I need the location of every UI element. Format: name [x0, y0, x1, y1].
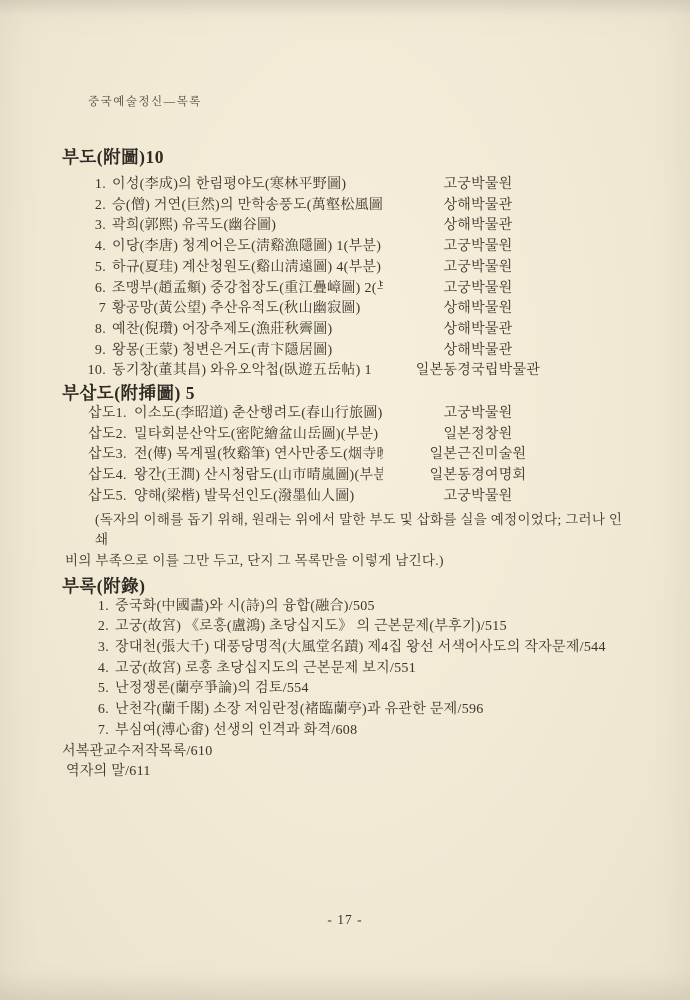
item-text: 이소도(李昭道) 춘산행려도(春山行旅圖): [134, 404, 383, 425]
item-number: 8.: [86, 320, 106, 341]
item-number: 6.: [95, 700, 109, 721]
item-text: 고궁(故宮) 《로홍(盧鴻) 초당십지도》 의 근본문제(부후기)/515: [115, 617, 628, 638]
budo-list: 1. 이성(李成)의 한림평야도(寒林平野圖) 고궁박물원 2. 승(僧) 거연…: [62, 175, 628, 382]
running-header: 중국예술정신—목록: [88, 93, 202, 109]
item-text: 난정쟁론(蘭亭爭論)의 검토/554: [115, 679, 628, 700]
item-text: 중국화(中國畵)와 시(詩)의 융합(融合)/505: [115, 597, 628, 618]
list-item: 삽도5. 양해(梁楷) 발묵선인도(潑墨仙人圖) 고궁박물원: [62, 487, 628, 508]
item-text: 조맹부(趙孟頫) 중강첩장도(重江疊嶂圖) 2(부분): [112, 279, 383, 300]
item-number: 4.: [86, 237, 106, 258]
item-text: 예찬(倪瓚) 어장추제도(漁莊秋霽圖): [112, 320, 383, 341]
item-number: 2.: [95, 617, 109, 638]
list-item: 1. 중국화(中國畵)와 시(詩)의 융합(融合)/505: [62, 597, 628, 618]
item-text: 전(傳) 목계필(牧谿筆) 연사만종도(烟寺晚鐘圖)(부분): [134, 445, 383, 466]
item-number: 5.: [95, 679, 109, 700]
list-item: 2. 고궁(故宮) 《로홍(盧鴻) 초당십지도》 의 근본문제(부후기)/515: [62, 617, 628, 638]
item-text: 부심여(溥心畬) 선생의 인격과 화격/608: [115, 721, 628, 742]
item-text: 양해(梁楷) 발묵선인도(潑墨仙人圖): [134, 487, 383, 508]
item-institution: 일본정창원: [383, 425, 573, 446]
item-number: 삽도3.: [88, 445, 134, 466]
item-number: 삽도5.: [88, 487, 134, 508]
list-item: 9. 왕몽(王蒙) 청변은거도(靑卞隱居圖) 상해박물관: [62, 341, 628, 362]
list-item: 1. 이성(李成)의 한림평야도(寒林平野圖) 고궁박물원: [62, 175, 628, 196]
list-item: 5. 난정쟁론(蘭亭爭論)의 검토/554: [62, 679, 628, 700]
item-number: 삽도4.: [88, 466, 134, 487]
item-text: 승(僧) 거연(巨然)의 만학송풍도(萬壑松風圖): [112, 196, 383, 217]
item-text: 고궁(故宮) 로홍 초당십지도의 근본문제 보지/551: [115, 659, 628, 680]
item-number: 4.: [95, 659, 109, 680]
item-institution: 상해박물관: [383, 320, 573, 341]
item-text: 황공망(黃公望) 추산유적도(秋山幽寂圖): [112, 299, 383, 320]
item-number: 9.: [86, 341, 106, 362]
list-item: 3. 곽희(郭熙) 유곡도(幽谷圖) 상해박물관: [62, 216, 628, 237]
item-institution: 고궁박물원: [383, 237, 573, 258]
list-item: 5. 하규(夏珪) 계산청원도(谿山淸遠圖) 4(부분) 고궁박물원: [62, 258, 628, 279]
list-item: 7 황공망(黃公望) 추산유적도(秋山幽寂圖) 상해박물원: [62, 299, 628, 320]
item-institution: 고궁박물원: [383, 279, 573, 300]
item-number: 3.: [95, 638, 109, 659]
item-text: 이성(李成)의 한림평야도(寒林平野圖): [112, 175, 383, 196]
item-institution: 고궁박물원: [383, 487, 573, 508]
item-text: 하규(夏珪) 계산청원도(谿山淸遠圖) 4(부분): [112, 258, 383, 279]
item-number: 1.: [95, 597, 109, 618]
item-institution: 상해박물관: [383, 196, 573, 217]
section-title-burok: 부록(附錄): [62, 575, 628, 597]
list-item: 6. 조맹부(趙孟頫) 중강첩장도(重江疊嶂圖) 2(부분) 고궁박물원: [62, 279, 628, 300]
translator-note-line: 역자의 말/611: [62, 762, 628, 783]
item-institution: 일본근진미술원: [383, 445, 573, 466]
item-text: 왕몽(王蒙) 청변은거도(靑卞隱居圖): [112, 341, 383, 362]
item-institution: 상해박물관: [383, 216, 573, 237]
section-title-busapdo: 부삽도(附揷圖) 5: [62, 382, 628, 404]
item-number: 5.: [86, 258, 106, 279]
item-number: 6.: [86, 279, 106, 300]
list-item: 2. 승(僧) 거연(巨然)의 만학송풍도(萬壑松風圖) 상해박물관: [62, 196, 628, 217]
author-bibliography-line: 서복관교수저작목록/610: [62, 742, 628, 763]
item-institution: 고궁박물원: [383, 258, 573, 279]
editorial-note: (독자의 이해를 돕기 위해, 원래는 위에서 말한 부도 및 삽화를 실을 예…: [62, 510, 628, 572]
item-text: 왕간(王澗) 산시청람도(山市晴嵐圖)(부분): [134, 466, 383, 487]
section-title-budo: 부도(附圖)10: [62, 146, 628, 168]
burok-list: 1. 중국화(中國畵)와 시(詩)의 융합(融合)/505 2. 고궁(故宮) …: [62, 597, 628, 742]
item-institution: 고궁박물원: [383, 404, 573, 425]
item-text: 난천각(蘭千閣) 소장 저임란정(褚臨蘭亭)과 유관한 문제/596: [115, 700, 628, 721]
item-institution: 상해박물원: [383, 299, 573, 320]
item-text: 이당(李唐) 청계어은도(淸谿漁隱圖) 1(부분): [112, 237, 383, 258]
list-item: 삽도3. 전(傳) 목계필(牧谿筆) 연사만종도(烟寺晚鐘圖)(부분) 일본근진…: [62, 445, 628, 466]
trailing-lines: 서복관교수저작목록/610 역자의 말/611: [62, 742, 628, 783]
item-text: 장대천(張大千) 대풍당명적(大風堂名蹟) 제4집 왕선 서색어사도의 작자문제…: [115, 638, 628, 659]
item-institution: 상해박물관: [383, 341, 573, 362]
page-content: 부도(附圖)10 1. 이성(李成)의 한림평야도(寒林平野圖) 고궁박물원 2…: [0, 0, 690, 783]
item-text: 곽희(郭熙) 유곡도(幽谷圖): [112, 216, 383, 237]
item-institution: 일본동경여명회: [383, 466, 573, 487]
list-item: 삽도1. 이소도(李昭道) 춘산행려도(春山行旅圖) 고궁박물원: [62, 404, 628, 425]
item-text: 밀타회분산악도(密陀繪盆山岳圖)(부분): [134, 425, 383, 446]
busapdo-list: 삽도1. 이소도(李昭道) 춘산행려도(春山行旅圖) 고궁박물원 삽도2. 밀타…: [62, 404, 628, 508]
book-page: 중국예술정신—목록 부도(附圖)10 1. 이성(李成)의 한림평야도(寒林平野…: [0, 0, 690, 1000]
list-item: 4. 고궁(故宮) 로홍 초당십지도의 근본문제 보지/551: [62, 659, 628, 680]
item-number: 삽도1.: [88, 404, 134, 425]
list-item: 삽도4. 왕간(王澗) 산시청람도(山市晴嵐圖)(부분) 일본동경여명회: [62, 466, 628, 487]
item-number: 3.: [86, 216, 106, 237]
item-number: 1.: [86, 175, 106, 196]
page-number: - 17 -: [0, 912, 690, 928]
item-text: 동기창(董其昌) 와유오악첩(臥遊五岳帖) 1: [112, 361, 383, 382]
item-number: 10.: [86, 361, 106, 382]
list-item: 10. 동기창(董其昌) 와유오악첩(臥遊五岳帖) 1 일본동경국립박물관: [62, 361, 628, 382]
item-number: 7: [86, 299, 106, 320]
list-item: 3. 장대천(張大千) 대풍당명적(大風堂名蹟) 제4집 왕선 서색어사도의 작…: [62, 638, 628, 659]
list-item: 4. 이당(李唐) 청계어은도(淸谿漁隱圖) 1(부분) 고궁박물원: [62, 237, 628, 258]
list-item: 7. 부심여(溥心畬) 선생의 인격과 화격/608: [62, 721, 628, 742]
item-number: 2.: [86, 196, 106, 217]
list-item: 6. 난천각(蘭千閣) 소장 저임란정(褚臨蘭亭)과 유관한 문제/596: [62, 700, 628, 721]
item-number: 7.: [95, 721, 109, 742]
item-institution: 고궁박물원: [383, 175, 573, 196]
note-line: (독자의 이해를 돕기 위해, 원래는 위에서 말한 부도 및 삽화를 실을 예…: [62, 510, 628, 551]
item-number: 삽도2.: [88, 425, 134, 446]
list-item: 삽도2. 밀타회분산악도(密陀繪盆山岳圖)(부분) 일본정창원: [62, 425, 628, 446]
note-line: 비의 부족으로 이를 그만 두고, 단지 그 목록만을 이렇게 남긴다.): [62, 551, 628, 572]
item-institution: 일본동경국립박물관: [383, 361, 573, 382]
list-item: 8. 예찬(倪瓚) 어장추제도(漁莊秋霽圖) 상해박물관: [62, 320, 628, 341]
